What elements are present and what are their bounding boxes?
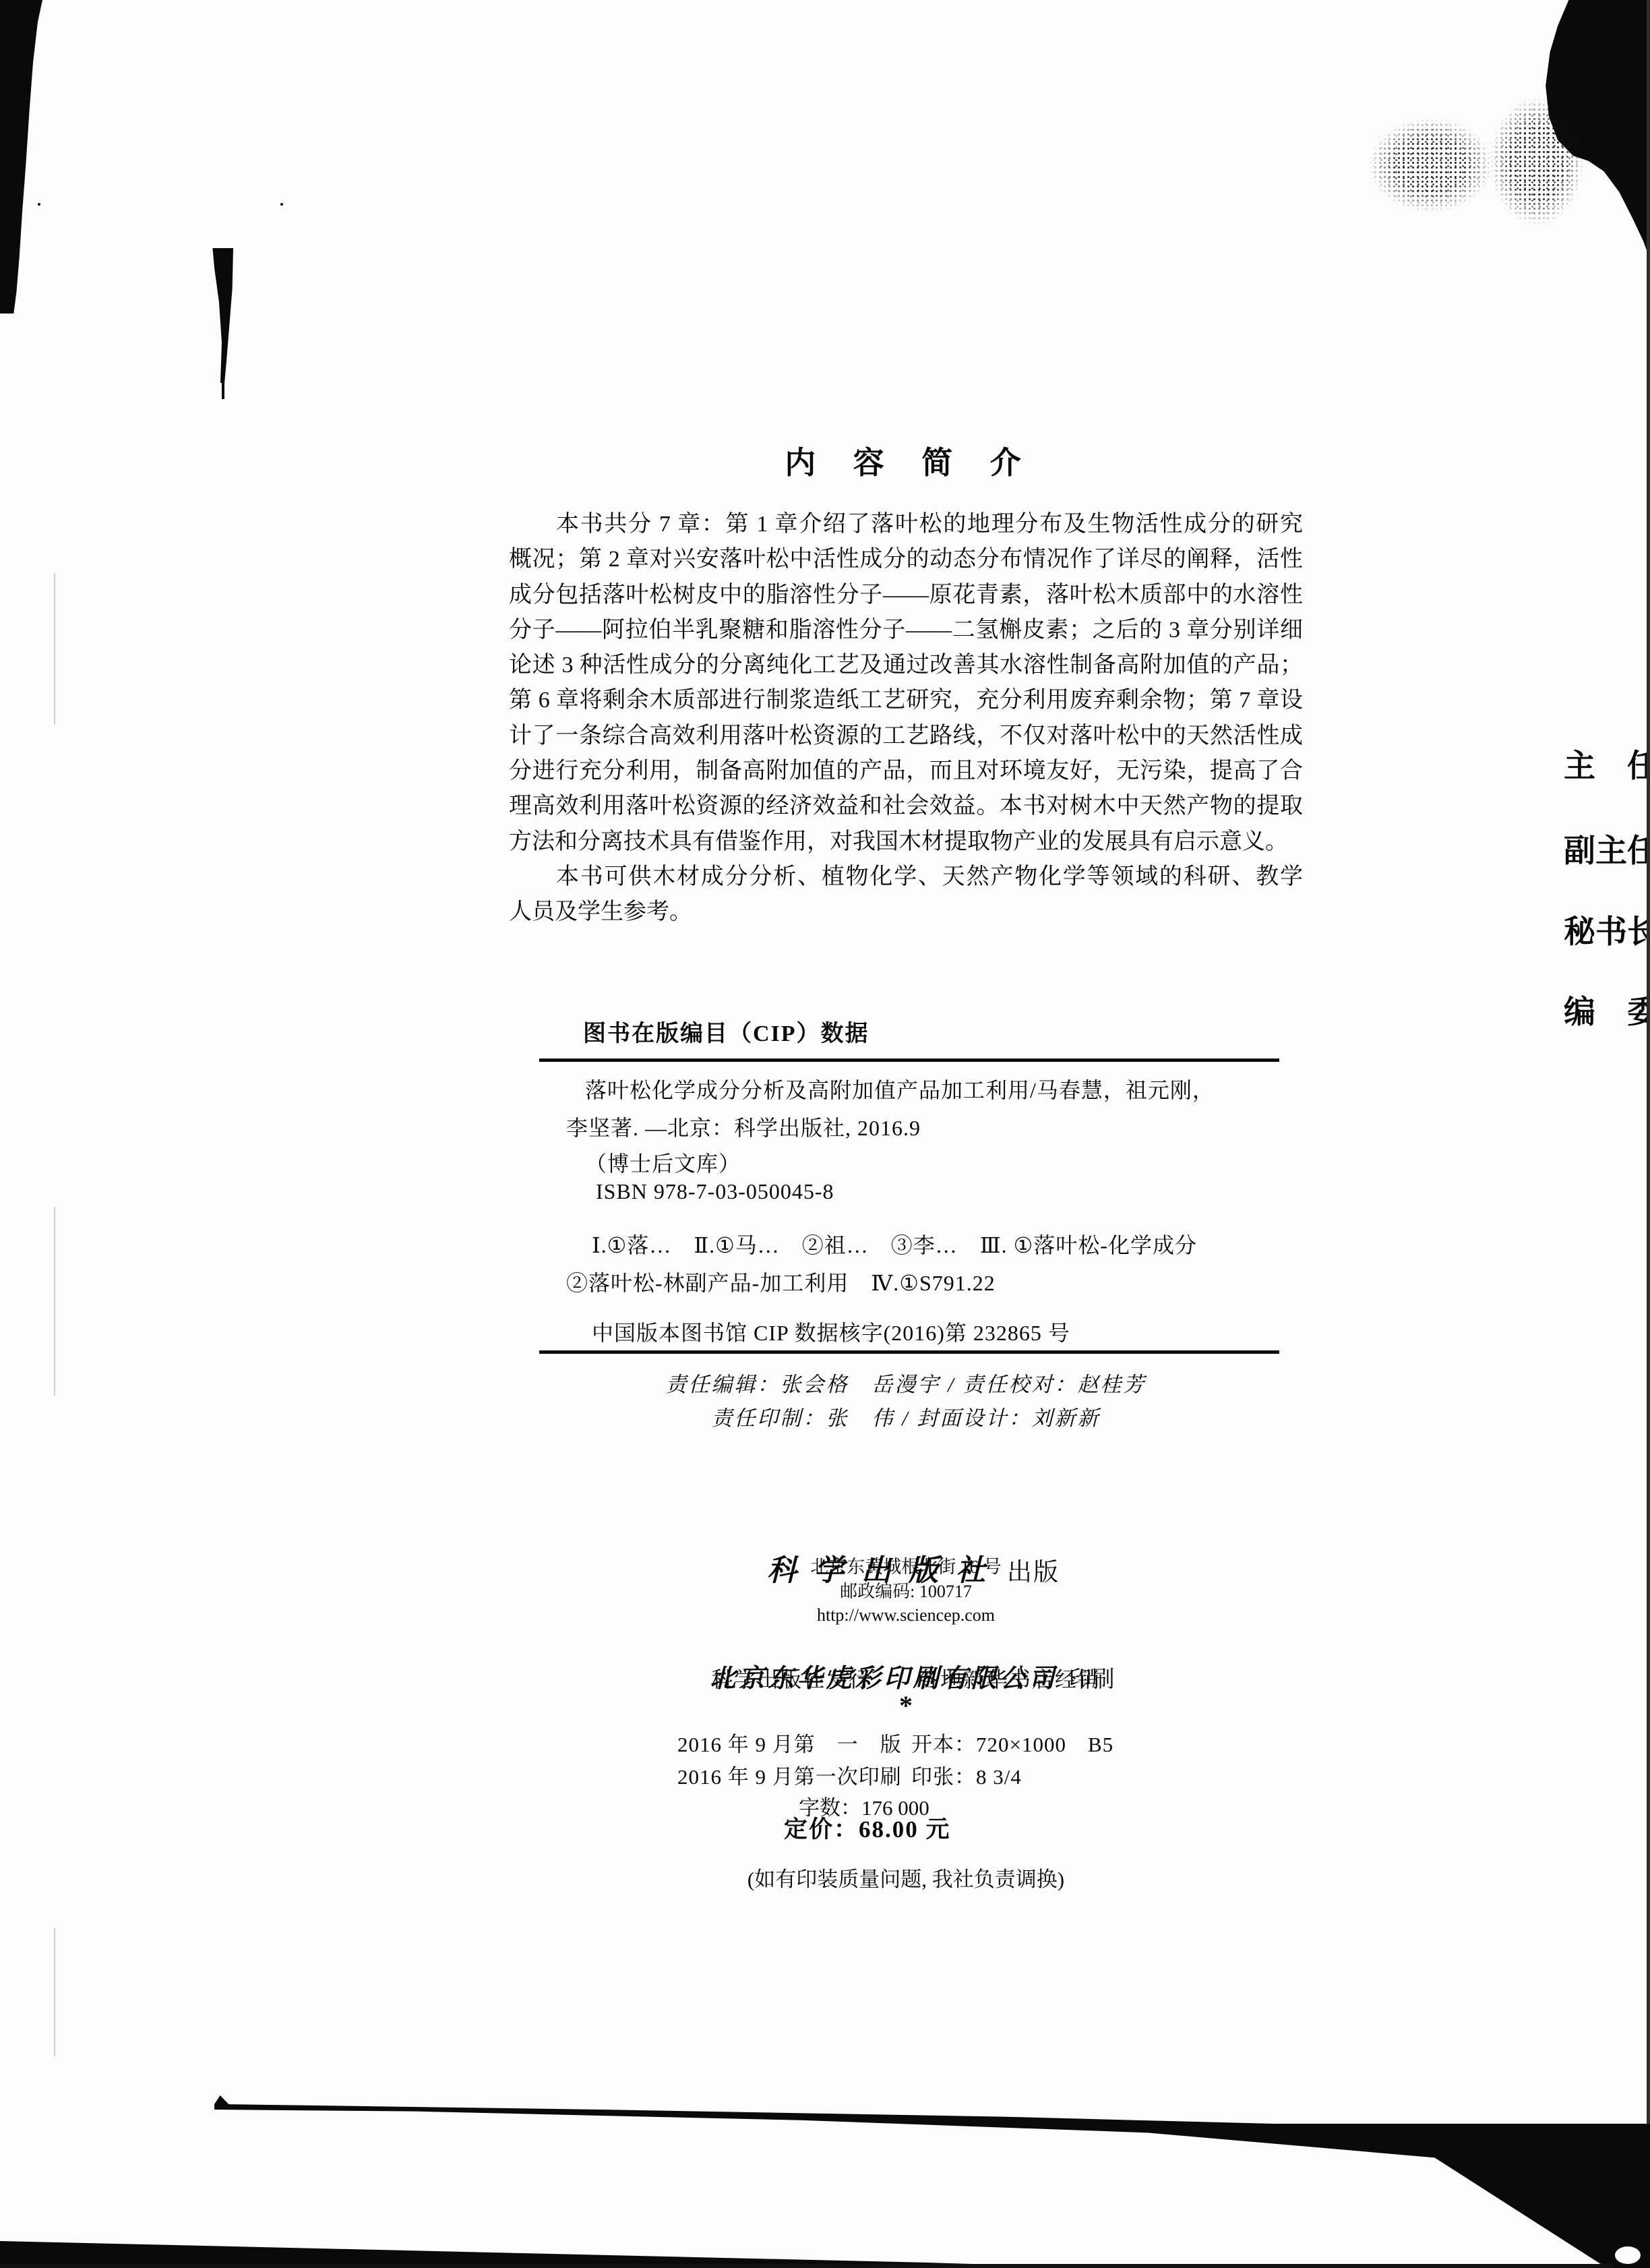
quality-notice: (如有印装质量问题, 我社负责调换) [509,1862,1303,1892]
printed-sheets: 印张：8 3/4 [911,1760,1022,1790]
cip-classification-line1: Ⅰ.①落… Ⅱ.①马… ②祖… ③李… Ⅲ. ①落叶松-化学成分 [592,1228,1197,1259]
scan-artifact-left-edge [0,0,47,314]
price-line: 定价：68.00 元 [784,1811,951,1845]
scan-artifact-noise-cloud [1368,118,1493,212]
book-format: 开本：720×1000 B5 [911,1727,1113,1758]
facing-page-text-deputy-director: 副主任 [1564,835,1650,866]
publisher-website: http://www.sciencep.com [509,1605,1303,1625]
intro-paragraph-line: 分子——阿拉伯半乳聚糖和脂溶性分子——二氢槲皮素；之后的 3 章分别详细 [509,613,1303,648]
cip-publisher-year: 李坚著. —北京：科学出版社, 2016.9 [566,1111,921,1142]
intro-paragraph-line: 计了一条综合高效利用落叶松资源的工艺路线，不仅对落叶松中的天然活性成 [509,719,1303,754]
intro-paragraph-line: 论述 3 种活性成分的分离纯化工艺及通过改善其水溶性制备高附加值的产品； [509,648,1303,683]
scan-artifact-right-edge-line [1647,0,1650,2268]
scan-artifact-faint-gutter-line [54,573,55,725]
divider-rule-top [539,1058,1279,1062]
cip-title-authors: 落叶松化学成分分析及高附加值产品加工利用/马春慧，祖元刚， [585,1073,1215,1104]
edition-date: 2016 年 9 月第 一 版 [677,1727,902,1758]
cip-classification-line2: ②落叶松-林副产品-加工利用 Ⅳ.①S791.22 [566,1266,996,1297]
intro-paragraph-line: 分进行充分利用，制备高附加值的产品，而且对环境友好，无污染，提高了合 [509,754,1303,789]
intro-paragraph-line: 理高效利用落叶松资源的经济效益和社会效益。本书对树木中天然产物的提取 [509,789,1303,824]
intro-paragraph-line: 本书可供木材成分分析、植物化学、天然产物化学等领域的科研、教学 [509,860,1303,895]
intro-paragraph-line: 概况；第 2 章对兴安落叶松中活性成分的动态分布情况作了详尽的阐释，活性 [509,542,1303,577]
scan-artifact-speck [280,203,283,206]
staff-printing-line: 责任印制：张 伟 / 封面设计：刘新新 [509,1401,1303,1431]
scan-artifact-bottom-slant [214,2090,1650,2268]
cip-record-number: 中国版本图书馆 CIP 数据核字(2016)第 232865 号 [592,1316,1070,1347]
facing-page-text-secretary: 秘书长 [1564,916,1650,947]
intro-paragraph-line: 人员及学生参考。 [509,895,1303,930]
intro-paragraph-line: 成分包括落叶松树皮中的脂溶性分子——原花青素，落叶松木质部中的水溶性 [509,578,1303,613]
intro-paragraph: 本书共分 7 章：第 1 章介绍了落叶松的地理分布及生物活性成分的研究 概况；第… [509,507,1303,930]
scan-artifact-gutter-stroke-tail [222,378,224,399]
scan-artifact-faint-gutter-line [54,1928,55,2056]
intro-paragraph-line: 本书共分 7 章：第 1 章介绍了落叶松的地理分布及生物活性成分的研究 [509,507,1303,542]
scanned-book-copyright-page: { "colors": { "ink": "#0a0a0a", "paper":… [0,0,1650,2268]
scan-artifact-noise-cloud [1490,98,1584,226]
scan-artifact-gutter-stroke [210,248,233,383]
isbn-number: ISBN 978-7-03-050045-8 [596,1179,834,1204]
scan-artifact-bottom-right-notch [1615,2246,1641,2264]
intro-paragraph-line: 方法和分离技术具有借鉴作用，对我国木材提取物产业的发展具有启示意义。 [509,825,1303,860]
cip-series-note: （博士后文库） [585,1147,741,1178]
impression-date: 2016 年 9 月第一次印刷 [677,1760,902,1790]
separator-asterisk: * [509,1690,1303,1721]
publisher-postcode: 邮政编码: 100717 [509,1578,1303,1603]
cip-section-header: 图书在版编目（CIP）数据 [583,1015,869,1048]
intro-paragraph-line: 第 6 章将剩余木质部进行制浆造纸工艺研究，充分利用废弃剩余物；第 7 章设 [509,683,1303,718]
page-title: 内 容 简 介 [509,438,1303,480]
scan-artifact-bottom-edge-line [0,2264,1650,2268]
facing-page-text-editorial-board: 编 委 [1564,996,1650,1027]
scan-artifact-speck [38,203,40,206]
scan-artifact-bottom-right-strip [1264,2124,1650,2132]
facing-page-text-director: 主 任 [1564,750,1650,781]
divider-rule-bottom [539,1350,1279,1354]
scan-artifact-faint-gutter-line [54,1207,55,1396]
publisher-address: 北京东黄城根北街 16 号 [509,1552,1303,1578]
staff-editors-line: 责任编辑：张会格 岳漫宇 / 责任校对：赵桂芳 [509,1367,1303,1398]
